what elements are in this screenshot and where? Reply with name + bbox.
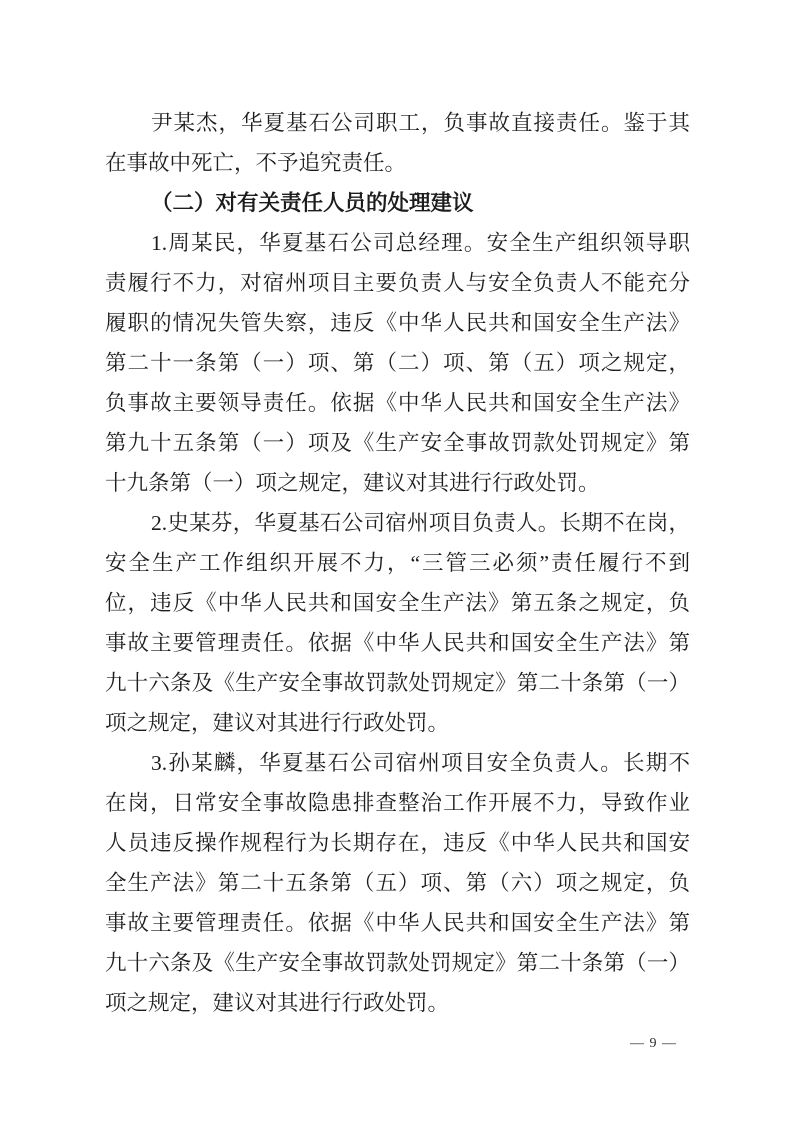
text-line: 1.周某民，华夏基石公司总经理。安全生产组织领导职 [105, 223, 690, 263]
section-heading-line: （二）对有关责任人员的处理建议 [105, 183, 690, 223]
text-line: 负事故主要领导责任。依据《中华人民共和国安全生产法》 [105, 383, 690, 423]
text-line: 九十六条及《生产安全事故罚款处罚规定》第二十条第（一） [105, 663, 690, 703]
text-line: 第九十五条第（一）项及《生产安全事故罚款处罚规定》第 [105, 423, 690, 463]
text-line: 安全生产工作组织开展不力，“三管三必须”责任履行不到 [105, 543, 690, 583]
document-page: 尹某杰，华夏基石公司职工，负事故直接责任。鉴于其在事故中死亡，不予追究责任。（二… [0, 0, 793, 1122]
text-line: 在岗，日常安全事故隐患排查整治工作开展不力，导致作业 [105, 783, 690, 823]
text-line: 在事故中死亡，不予追究责任。 [105, 143, 690, 183]
para-yin-moujie: 尹某杰，华夏基石公司职工，负事故直接责任。鉴于其在事故中死亡，不予追究责任。 [105, 103, 690, 183]
text-line: 第二十一条第（一）项、第（二）项、第（五）项之规定， [105, 343, 690, 383]
document-body: 尹某杰，华夏基石公司职工，负事故直接责任。鉴于其在事故中死亡，不予追究责任。（二… [105, 103, 690, 1023]
text-line: 履职的情况失管失察，违反《中华人民共和国安全生产法》 [105, 303, 690, 343]
text-line: 项之规定，建议对其进行行政处罚。 [105, 983, 690, 1023]
text-line: 全生产法》第二十五条第（五）项、第（六）项之规定，负 [105, 863, 690, 903]
text-line: 人员违反操作规程行为长期存在，违反《中华人民共和国安 [105, 823, 690, 863]
para-sun-moulin: 3.孙某麟，华夏基石公司宿州项目安全负责人。长期不在岗，日常安全事故隐患排查整治… [105, 743, 690, 1023]
text-line: 九十六条及《生产安全事故罚款处罚规定》第二十条第（一） [105, 943, 690, 983]
text-line: 项之规定，建议对其进行行政处罚。 [105, 703, 690, 743]
page-number: — 9 — [630, 1036, 677, 1052]
para-zhou-moumin: 1.周某民，华夏基石公司总经理。安全生产组织领导职责履行不力，对宿州项目主要负责… [105, 223, 690, 503]
text-line: 十九条第（一）项之规定，建议对其进行行政处罚。 [105, 463, 690, 503]
text-line: 尹某杰，华夏基石公司职工，负事故直接责任。鉴于其 [105, 103, 690, 143]
text-line: 事故主要管理责任。依据《中华人民共和国安全生产法》第 [105, 903, 690, 943]
text-line: 事故主要管理责任。依据《中华人民共和国安全生产法》第 [105, 623, 690, 663]
text-line: 责履行不力，对宿州项目主要负责人与安全负责人不能充分 [105, 263, 690, 303]
heading-section-two: （二）对有关责任人员的处理建议 [105, 183, 690, 223]
para-shi-moufen: 2.史某芬，华夏基石公司宿州项目负责人。长期不在岗，安全生产工作组织开展不力，“… [105, 503, 690, 743]
text-line: 位，违反《中华人民共和国安全生产法》第五条之规定，负 [105, 583, 690, 623]
text-line: 2.史某芬，华夏基石公司宿州项目负责人。长期不在岗， [105, 503, 690, 543]
text-line: 3.孙某麟，华夏基石公司宿州项目安全负责人。长期不 [105, 743, 690, 783]
